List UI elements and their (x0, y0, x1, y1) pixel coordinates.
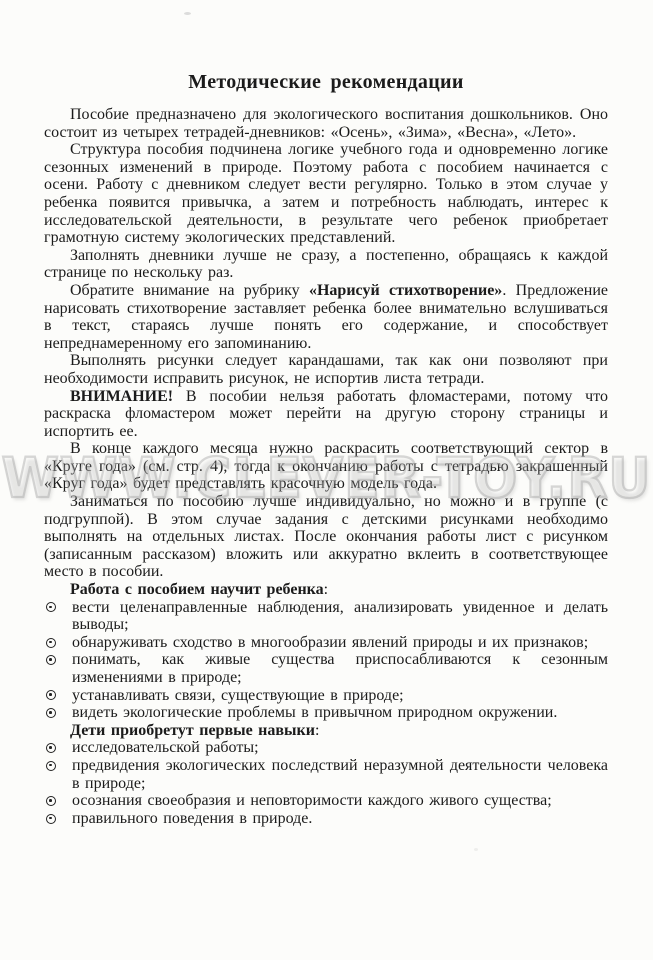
page-content: Методические рекомендации Пособие предна… (44, 70, 608, 827)
paragraph: Пособие предназначено для экологического… (44, 106, 608, 141)
list-item: предвидения экологических последствий не… (44, 757, 608, 792)
list-heading-colon: : (324, 581, 328, 598)
list-item-text: вести целенаправленные наблюдения, анали… (72, 599, 608, 634)
list-item: исследовательской работы; (44, 739, 608, 757)
paragraph: Выполнять рисунки следует карандашами, т… (44, 352, 608, 387)
paragraph: Заполнять дневники лучше не сразу, а пос… (44, 247, 608, 282)
bullet-icon (46, 638, 56, 648)
bullet-icon (46, 708, 56, 718)
scan-artifact (474, 848, 478, 851)
bullet-icon (46, 743, 56, 753)
paragraph: В конце каждого месяца нужно раскрасить … (44, 440, 608, 493)
list-heading-skills: Дети приобретут первые навыки: (44, 722, 608, 740)
list-item: видеть экологические проблемы в привычно… (44, 704, 608, 722)
paragraph-text: Структура пособия подчинена логике учебн… (44, 141, 608, 246)
bullet-icon (46, 796, 56, 806)
list-item-text: устанавливать связи, существующие в прир… (72, 687, 404, 704)
list-heading-text: Дети приобретут первые навыки (70, 722, 315, 739)
bullet-icon (46, 761, 56, 771)
list-learn: вести целенаправленные наблюдения, анали… (44, 599, 608, 722)
paragraph: Обратите внимание на рубрику «Нарисуй ст… (44, 282, 608, 352)
list-item: вести целенаправленные наблюдения, анали… (44, 599, 608, 634)
bullet-icon (46, 814, 56, 824)
page-title: Методические рекомендации (44, 70, 608, 94)
paragraph-text: Обратите внимание на рубрику (70, 282, 309, 299)
list-item-text: понимать, как живые существа приспосабли… (72, 651, 608, 686)
list-heading-learn: Работа с пособием научит ребенка: (44, 581, 608, 599)
list-item-text: предвидения экологических последствий не… (72, 757, 608, 792)
paragraph: ВНИМАНИЕ! В пособии нельзя работать флом… (44, 388, 608, 441)
bullet-icon (46, 690, 56, 700)
paragraph-text: Заниматься по пособию лучше индивидуальн… (44, 493, 608, 580)
paragraph-text: Выполнять рисунки следует карандашами, т… (44, 352, 608, 387)
list-heading-text: Работа с пособием научит ребенка (70, 581, 324, 598)
list-skills: исследовательской работы; предвидения эк… (44, 739, 608, 827)
paragraph-text: Пособие предназначено для экологического… (44, 106, 608, 141)
scanned-page: Методические рекомендации Пособие предна… (0, 0, 653, 960)
paragraph-bold-run: ВНИМАНИЕ! (70, 388, 173, 405)
bullet-icon (46, 602, 56, 612)
scan-artifact (184, 12, 191, 15)
list-item: правильного поведения в природе. (44, 810, 608, 828)
paragraph: Структура пособия подчинена логике учебн… (44, 141, 608, 247)
paragraph: Заниматься по пособию лучше индивидуальн… (44, 493, 608, 581)
list-item: понимать, как живые существа приспосабли… (44, 651, 608, 686)
list-item: обнаруживать сходство в многообразии явл… (44, 634, 608, 652)
paragraph-text: В конце каждого месяца нужно раскрасить … (44, 440, 608, 492)
list-heading-colon: : (315, 722, 319, 739)
list-item-text: видеть экологические проблемы в привычно… (72, 704, 557, 721)
paragraph-text: Заполнять дневники лучше не сразу, а пос… (44, 247, 608, 282)
list-item-text: исследовательской работы; (72, 739, 259, 756)
paragraph-bold-run: «Нарисуй стихотворение» (309, 282, 502, 299)
list-item-text: осознания своеобразия и неповторимости к… (72, 792, 552, 809)
bullet-icon (46, 655, 56, 665)
list-item: осознания своеобразия и неповторимости к… (44, 792, 608, 810)
list-item-text: правильного поведения в природе. (72, 810, 312, 827)
list-item-text: обнаруживать сходство в многообразии явл… (72, 634, 588, 651)
list-item: устанавливать связи, существующие в прир… (44, 687, 608, 705)
